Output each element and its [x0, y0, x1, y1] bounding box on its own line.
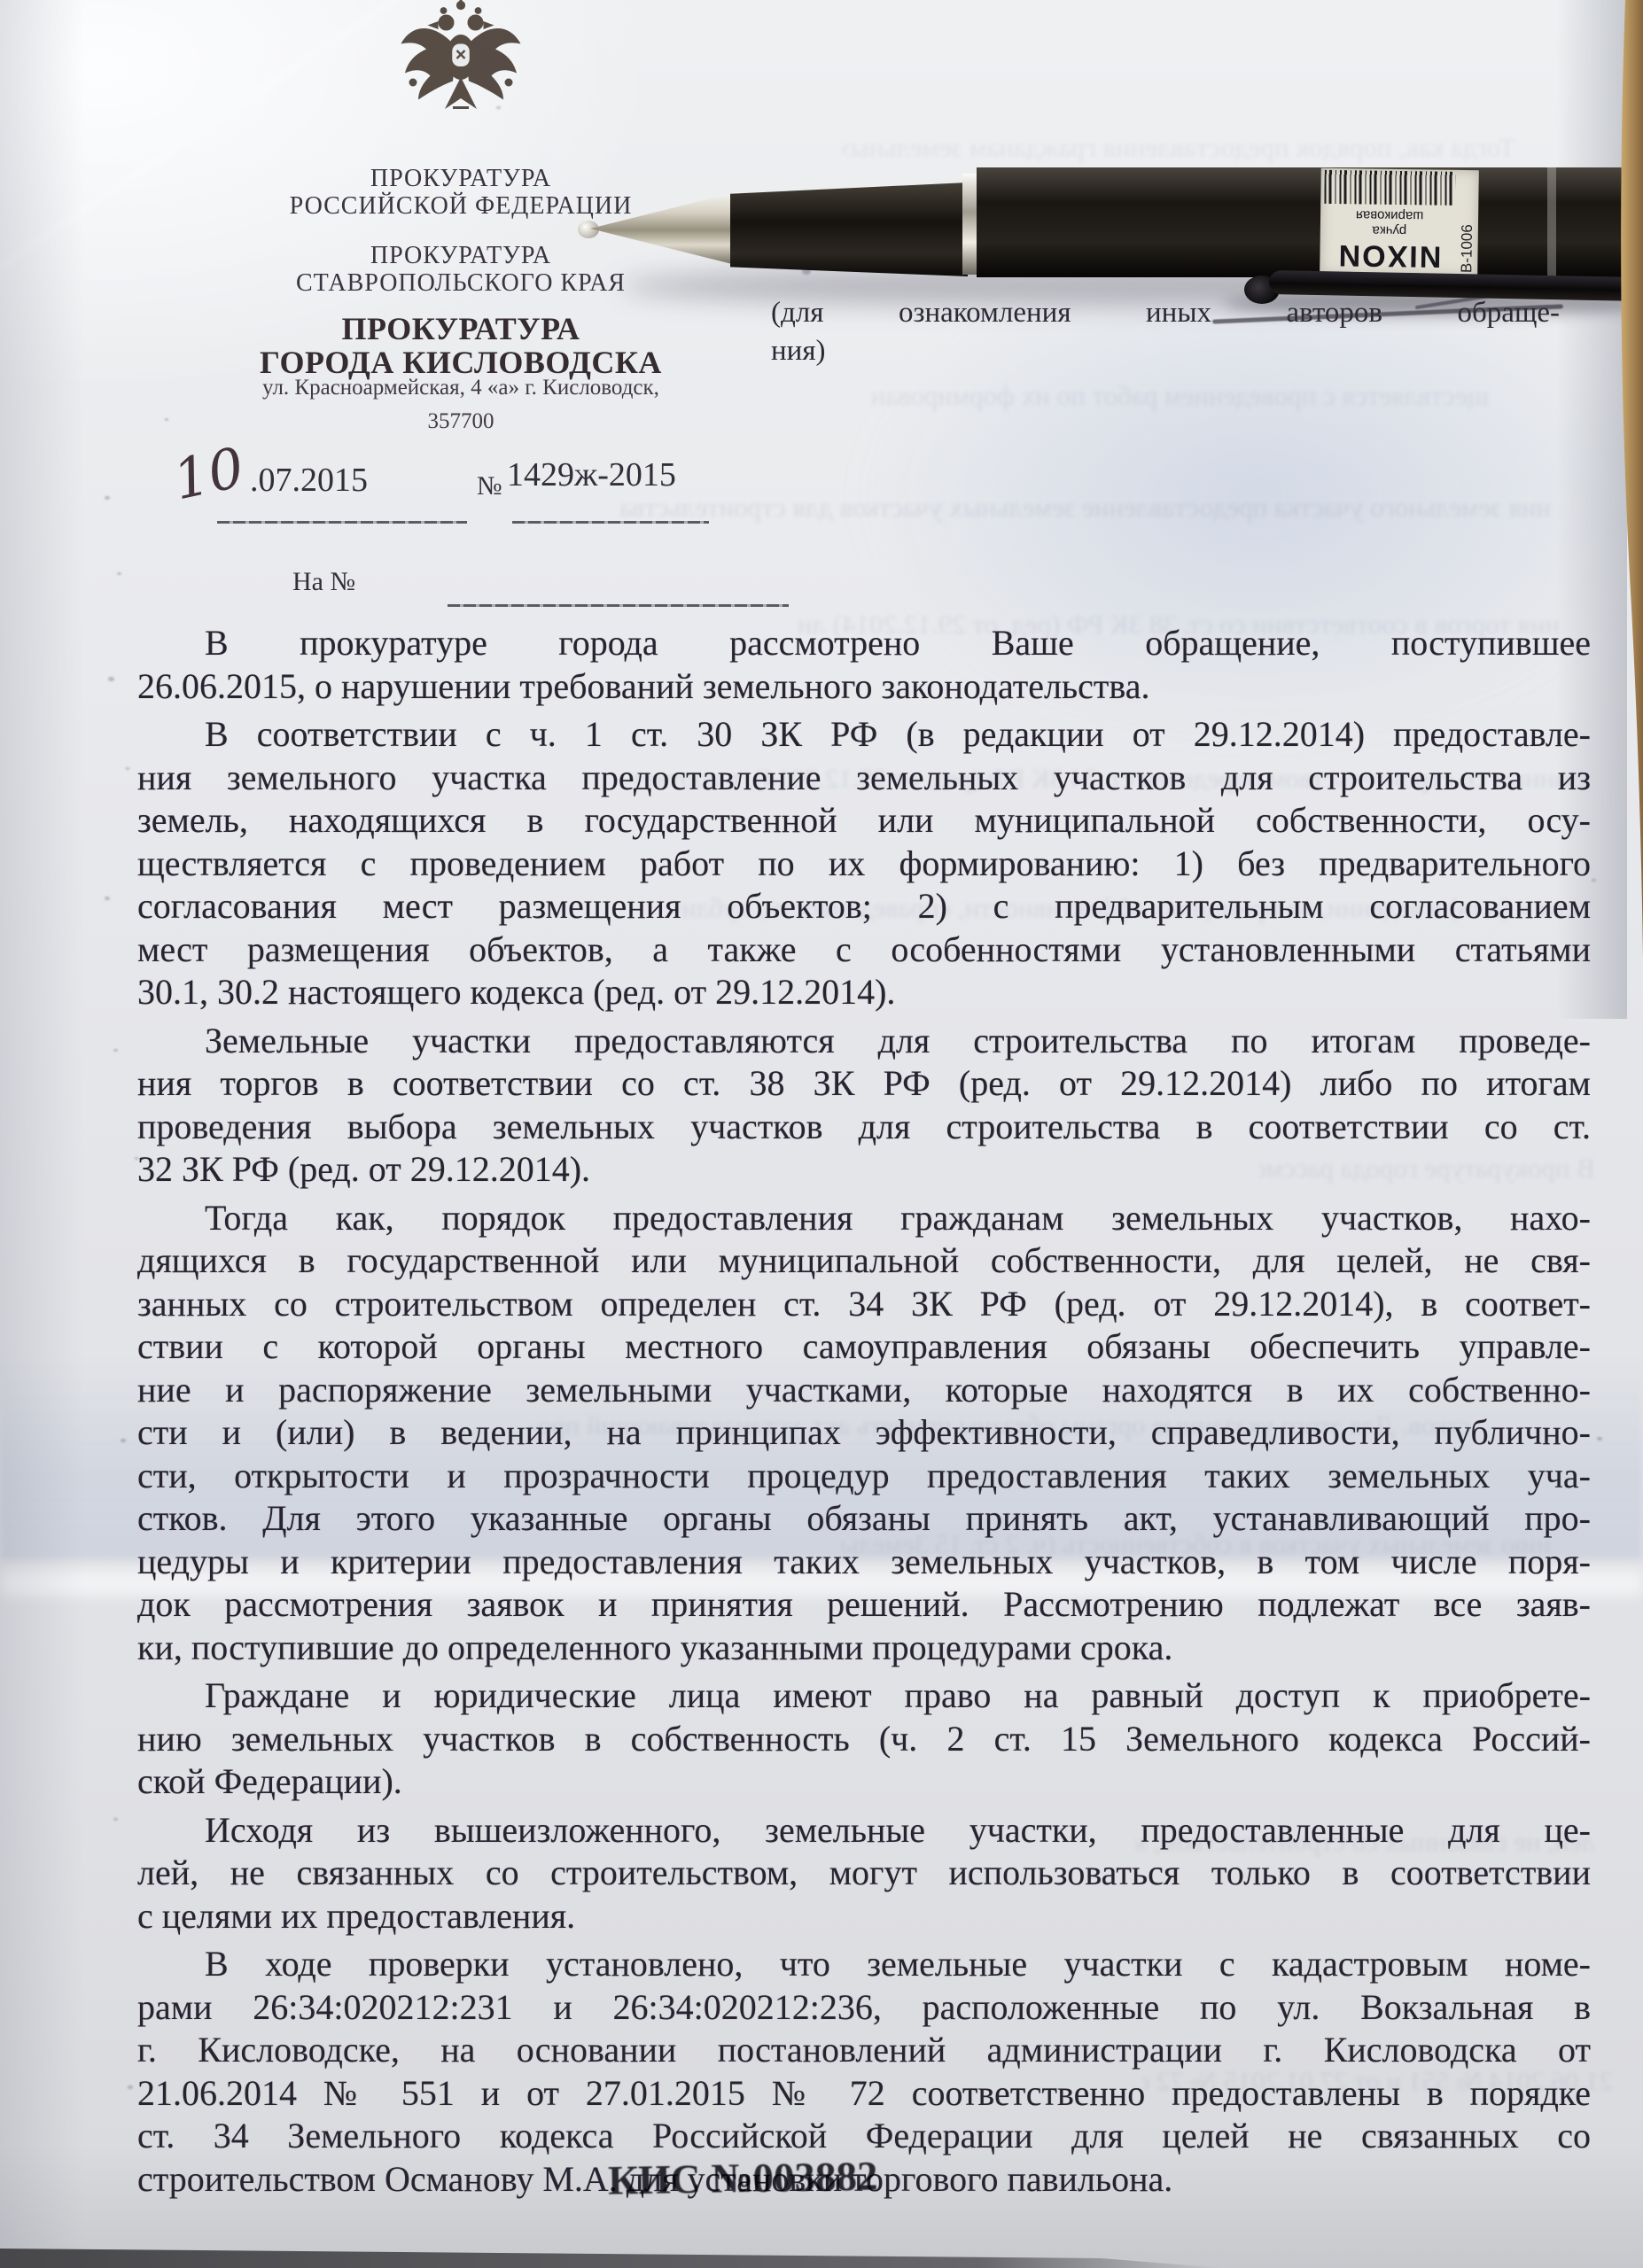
pen-label-text: NIXON ручка шариковая — [1320, 204, 1459, 275]
body-paragraph: Тогда как, порядок предоставления гражда… — [137, 1197, 1591, 1670]
pen-barrel — [977, 167, 1643, 277]
body-line: 32 ЗК РФ (ред. от 29.12.2014). — [137, 1148, 1591, 1192]
body-line: 26.06.2015, о нарушении требований земел… — [137, 665, 1591, 709]
photo-speck — [105, 897, 110, 900]
body-line: ние и распоряжение земельными участками,… — [137, 1369, 1591, 1412]
body-line: ки, поступившие до определенного указанн… — [137, 1627, 1591, 1670]
org-name-krai-2: СТАВРОПОЛЬСКОГО КРАЯ — [160, 269, 762, 297]
body-line: Граждане и юридические лица имеют право … — [137, 1674, 1591, 1718]
body-line: стков. Для этого указанные органы обязан… — [137, 1497, 1591, 1541]
reply-underline — [448, 604, 789, 607]
body-line: Исходя из вышеизложенного, земельные уча… — [137, 1809, 1591, 1852]
photo-speck — [113, 1818, 118, 1821]
body-line: ствии с которой органы местного самоупра… — [137, 1325, 1591, 1369]
body-line: цедуры и критерии предоставления таких з… — [137, 1541, 1591, 1584]
pen-model: В-1006 — [1458, 174, 1477, 273]
body-paragraph: Граждане и юридические лица имеют право … — [137, 1674, 1591, 1804]
handwritten-day: 10 — [167, 435, 249, 513]
org-address-line2: 357700 — [160, 409, 762, 434]
addressee-note: (для ознакомления иных авторов обраще- н… — [771, 294, 1560, 370]
body-line: Земельные участки предоставляются для ст… — [137, 1020, 1591, 1063]
pen-type-label: ручка — [1320, 222, 1459, 239]
bleedthrough-text: Тогда как, порядок предоставления гражда… — [842, 133, 1515, 163]
body-line: В ходе проверки установлено, что земельн… — [137, 1943, 1591, 1986]
photo-speck — [126, 767, 129, 770]
body-line: сти и (или) в ведении, на принципах эффе… — [137, 1411, 1591, 1455]
table-edge-right — [1608, 0, 1643, 1063]
body-paragraph: В прокуратуре города рассмотрено Ваше об… — [137, 622, 1591, 708]
addressee-note-line2: ния) — [771, 332, 1560, 370]
body-line: Тогда как, порядок предоставления гражда… — [137, 1197, 1591, 1240]
table-edge-bottom — [0, 2249, 1223, 2268]
bleedthrough-text: ществляется с проведением работ по их фо… — [868, 381, 1489, 411]
date-printed: .07.2015 — [250, 461, 368, 500]
reply-to-label: На № — [292, 567, 355, 597]
body-paragraph: Земельные участки предоставляются для ст… — [137, 1020, 1591, 1192]
document-photo: Тогда как, порядок предоставления гражда… — [0, 0, 1643, 2268]
body-line: рами 26:34:020212:231 и 26:34:020212:236… — [137, 1986, 1591, 2030]
photo-speck — [1592, 879, 1596, 882]
body-line: нию земельных участков в собственность (… — [137, 1718, 1591, 1761]
org-name-city-1: ПРОКУРАТУРА — [160, 310, 762, 347]
photo-speck — [113, 1049, 118, 1052]
photo-speck — [128, 2085, 133, 2089]
pen-end-ring — [1547, 167, 1556, 277]
number-underline — [512, 521, 709, 524]
letter-body: В прокуратуре города рассмотрено Ваше об… — [137, 622, 1591, 2206]
org-address-line1: ул. Красноармейская, 4 «а» г. Кисловодск… — [160, 376, 762, 400]
body-line: земель, находящихся в государственной ил… — [137, 799, 1591, 843]
pen-brand: NIXON — [1320, 237, 1459, 275]
pen-type-label2: шариковая — [1320, 207, 1459, 224]
registration-stamp: КИС №003882 — [608, 2152, 878, 2204]
body-line: В соответствии с ч. 1 ст. 30 ЗК РФ (в ре… — [137, 713, 1591, 757]
number-sign: № — [477, 471, 502, 501]
body-line: лей, не связанных со строительством, мог… — [137, 1852, 1591, 1895]
body-line: сти, открытости и прозрачности процедур … — [137, 1455, 1591, 1498]
barcode — [1324, 170, 1456, 206]
org-name-rf-1: ПРОКУРАТУРА — [160, 165, 762, 192]
bleedthrough-text: ния земельного участка предоставление зе… — [620, 493, 1551, 523]
body-line: дящихся в государственной или муниципаль… — [137, 1239, 1591, 1283]
body-line: ния торгов в соответствии со ст. 38 ЗК Р… — [137, 1062, 1591, 1106]
body-line: ществляется с проведением работ по их фо… — [137, 843, 1591, 886]
doc-number: 1429ж-2015 — [507, 455, 676, 494]
photo-speck — [108, 677, 114, 681]
body-line: В прокуратуре города рассмотрено Ваше об… — [137, 622, 1591, 665]
body-line: док рассмотрения заявок и принятия решен… — [137, 1583, 1591, 1627]
addressee-note-line1: (для ознакомления иных авторов обраще- — [771, 294, 1560, 332]
body-line: согласования мест размещения объектов; 2… — [137, 885, 1591, 928]
body-line: занных со строительством определен ст. 3… — [137, 1283, 1591, 1326]
body-line: мест размещения объектов, а также с особ… — [137, 928, 1591, 972]
body-line: с целями их предоставления. — [137, 1895, 1591, 1938]
photo-speck — [121, 1439, 126, 1442]
photo-speck — [1597, 1437, 1602, 1441]
date-underline — [217, 521, 467, 524]
body-line: ния земельного участка предоставление зе… — [137, 757, 1591, 800]
body-line: 21.06.2014 № 551 и от 27.01.2015 № 72 со… — [137, 2072, 1591, 2116]
coat-of-arms-emblem — [160, 0, 762, 121]
pen-grip-section — [730, 183, 968, 276]
body-paragraph: Исходя из вышеизложенного, земельные уча… — [137, 1809, 1591, 1938]
paper-shading-left — [0, 0, 84, 2268]
body-line: г. Кисловодске, на основании постановлен… — [137, 2029, 1591, 2072]
body-line: проведения выбора земельных участков для… — [137, 1106, 1591, 1149]
body-line: ской Федерации). — [137, 1760, 1591, 1804]
body-paragraph: В соответствии с ч. 1 ст. 30 ЗК РФ (в ре… — [137, 713, 1591, 1014]
body-line: ст. 34 Земельного кодекса Российской Фед… — [137, 2115, 1591, 2158]
photo-speck — [117, 572, 121, 575]
pen-barcode-label: NIXON ручка шариковая В-1006 — [1320, 168, 1479, 276]
photo-speck — [105, 496, 110, 500]
body-line: 30.1, 30.2 настоящего кодекса (ред. от 2… — [137, 971, 1591, 1014]
